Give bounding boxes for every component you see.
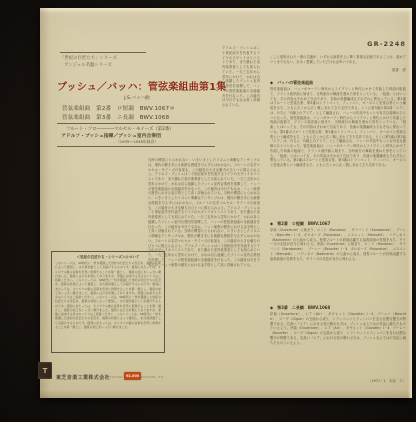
intro-paragraph: ここに復刻された一連の名盤が、いずれも演奏史上に輝く貴重な記録であることは、改め… [270, 55, 406, 66]
work-title-1: 管弦楽組曲 第2番 ロ短調 BWV.1067＊ [62, 104, 175, 112]
publisher-name: 東芝音楽工業株式会社 [56, 374, 110, 381]
section-heading-overview: ◆ バッハの管弦楽組曲 [270, 80, 313, 86]
section-body-overview: 管弦楽組曲は、バッハがケーテン時代からライプツィヒ時代にかけて作曲した四曲の組曲… [270, 87, 406, 218]
album-title: ブッシュ／バッハ：管弦楽組曲第1集 [57, 78, 226, 93]
catalog-number: GR-2248 [270, 40, 406, 48]
price-badge: ¥2,000 [124, 372, 141, 380]
series-line-1: 「世紀の巨匠たち」シリーズ [60, 55, 117, 61]
credits-rule-bottom [57, 146, 215, 147]
liner-notes-col1-top: アドルフ・ブッシュは二十世紀前半を代表するドイツの大ヴァイオリニストであり、また… [222, 46, 260, 154]
section-heading-suite3: ◆ 第3番 ニ長調 BWV.1068 [270, 305, 330, 311]
composer-line: J.S.バッハ曲 [57, 95, 217, 101]
notice-box-heading: ＜世紀の巨匠たち・シリーズ＞について [54, 255, 162, 260]
photo-background: 「世紀の巨匠たち」シリーズ アンジェル名盤シリーズ ブッシュ／バッハ：管弦楽組曲… [0, 0, 416, 422]
toshiba-logo: T [38, 362, 52, 379]
work-title-2: 管弦楽組曲 第3番 ニ長調 BWV.1068 [62, 113, 169, 121]
intro-signature: 浅香 淳 [270, 68, 406, 73]
series-rule [60, 52, 146, 53]
series-line-2: アンジェル名盤シリーズ [64, 62, 112, 68]
section-body-suite3: 序曲（Ouverture）、エア（Air）、ガヴォット（Gavotte）Ⅰ・Ⅱ、… [270, 312, 406, 374]
series-notice-box: ＜世紀の巨匠たち・シリーズ＞について このシリーズは、SP時代に一世を風靡した世… [51, 251, 165, 353]
section-body-suite2: 序曲（Ouverture）に始まり、ロンド（Rondeau）、サラバンド（Sar… [270, 228, 406, 298]
lp-back-cover: 「世紀の巨匠たち」シリーズ アンジェル名盤シリーズ ブッシュ／バッハ：管弦楽組曲… [40, 8, 412, 398]
notes-footer-credit: （1971・1 本誌 Ｃ） [270, 378, 406, 383]
section-heading-suite2: ◆ 第2番 ロ短調 BWV.1067 [270, 221, 330, 227]
toshiba-logo-glyph: T [43, 367, 48, 375]
credit-conductor: アドルフ・ブッシュ指揮／ブッシュ室内合奏団 [61, 132, 161, 139]
notice-box-body: このシリーズは、SP時代に一世を風靡した世紀の巨匠たちの至芸を、最新の技術によっ… [55, 261, 161, 347]
credits-rule-top [57, 123, 215, 124]
recording-years: （1935～1936年録音） [57, 139, 217, 145]
